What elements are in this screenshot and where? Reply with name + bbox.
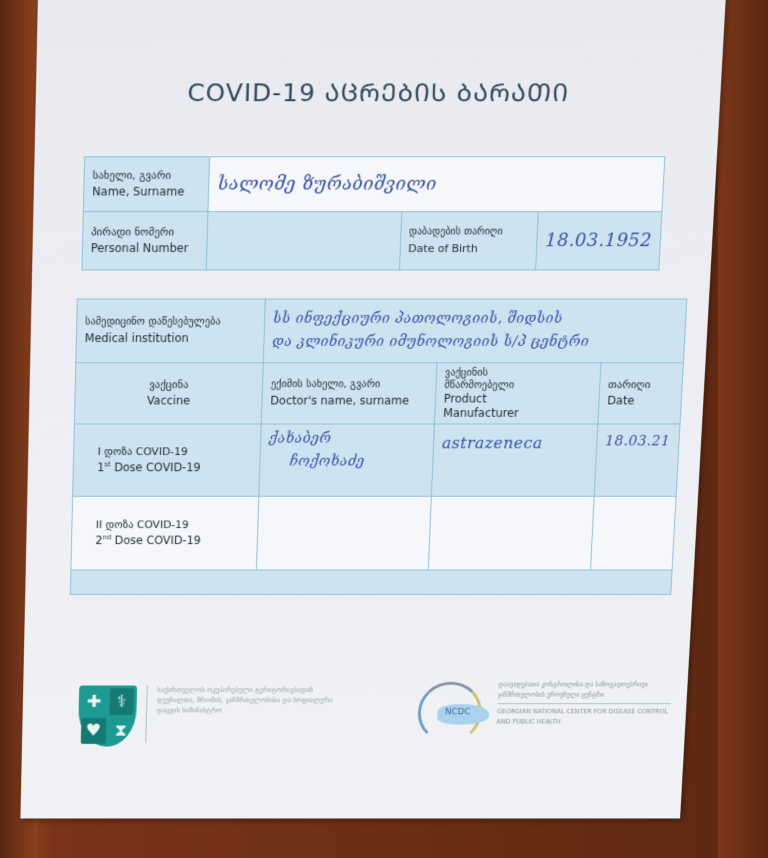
dose-2-label: II დოზა COVID-19 2nd Dose COVID-19 <box>71 496 259 570</box>
dose-1-doctor: ქახაბერ ჩოქოხაძე <box>259 424 435 496</box>
caduceus-icon: ⚕ <box>109 688 134 714</box>
personal-info-table: სახელი, გვარი Name, Surname სალომე ზურაბ… <box>81 156 665 270</box>
vaccination-card: COVID-19 ᲐᲪᲠᲔᲑᲘᲡ ᲑᲐᲠᲐᲗᲘ სახელი, გვარი Na… <box>20 0 726 818</box>
pn-label-en: Personal Number <box>91 240 199 257</box>
personal-number-label: პირადი ნომერი Personal Number <box>82 212 208 270</box>
dob-handwritten: 18.03.1952 <box>545 230 653 250</box>
col-doctor-ka: ექიმის სახელი, გვარი <box>271 377 428 393</box>
ncdc-name: დაავადებათა კონტროლისა და საზოგადოებრივი… <box>496 680 672 728</box>
institution-value: სს ინფექციური პათოლოგიის, შიდსის და კლინ… <box>263 299 687 363</box>
col-date-header: თარიღი Date <box>598 363 684 424</box>
dob-value: 18.03.1952 <box>536 212 662 270</box>
ncdc-logo: NCDC დაავადებათა კონტროლისა და საზოგადოე… <box>415 680 673 741</box>
heart-icon: ♥ <box>81 718 106 744</box>
institution-line-1: სს ინფექციური პათოლოგიის, შიდსის <box>273 308 678 331</box>
ministry-shield-icon: ✚ ⚕ ♥ ⧗ <box>78 686 137 747</box>
dose-2-label-ka: II დოზა COVID-19 <box>96 517 250 533</box>
col-vaccine-header: ვაქცინა Vaccine <box>74 363 263 424</box>
card-title: COVID-19 ᲐᲪᲠᲔᲑᲘᲡ ᲑᲐᲠᲐᲗᲘ <box>36 75 722 109</box>
ncdc-name-en: GEORGIAN NATIONAL CENTER FOR DISEASE CON… <box>496 707 671 727</box>
hourglass-icon: ⧗ <box>108 718 133 744</box>
ncdc-name-ka: დაავადებათა კონტროლისა და საზოგადოებრივი… <box>498 680 673 701</box>
dose-1-label-en: 1st Dose COVID-19 <box>97 460 252 477</box>
dose-row-2: II დოზა COVID-19 2nd Dose COVID-19 <box>71 496 676 570</box>
name-label-ka: სახელი, გვარი <box>92 167 201 184</box>
ministry-name: საქართველოს ოკუპირებული ტერიტორიებიდან დ… <box>157 686 341 717</box>
dose-1-label-ka: I დოზა COVID-19 <box>97 444 252 460</box>
ncdc-badge: NCDC <box>445 708 471 717</box>
name-handwritten: სალომე ზურაბიშვილი <box>217 173 437 194</box>
dob-label: დაბადების თარიღი Date of Birth <box>399 212 538 270</box>
col-manufacturer-ka: ვაქცინის მწარმოებელი <box>444 367 533 392</box>
dose-1-doctor-line-1: ქახაბერ <box>269 428 426 451</box>
dose-1-rest: Dose COVID-19 <box>110 461 200 474</box>
col-doctor-header: ექიმის სახელი, გვარი Doctor's name, surn… <box>261 363 437 424</box>
dob-label-en: Date of Birth <box>408 240 529 257</box>
ministry-logo: ✚ ⚕ ♥ ⧗ საქართველოს ოკუპირებული ტერიტორი… <box>78 686 341 747</box>
col-doctor-en: Doctor's name, surname <box>270 393 427 410</box>
vaccination-table: სამედიცინო დაწესებულება Medical institut… <box>70 299 688 595</box>
col-date-ka: თარიღი <box>608 377 675 393</box>
name-label-en: Name, Surname <box>92 184 201 201</box>
col-vaccine-ka: ვაქცინა <box>83 377 254 393</box>
personal-number-value <box>207 212 402 270</box>
table-footer-bar <box>70 570 672 594</box>
dose-2-doctor <box>256 496 431 570</box>
pn-label-ka: პირადი ნომერი <box>91 224 200 241</box>
dose-2-rest: Dose COVID-19 <box>111 534 201 547</box>
dose-2-manufacturer <box>428 496 594 570</box>
ncdc-emblem-icon: NCDC <box>415 680 493 741</box>
dose-row-1: I დოზა COVID-19 1st Dose COVID-19 ქახაბე… <box>73 424 680 496</box>
dose-1-doctor-line-2: ჩოქოხაძე <box>268 451 425 474</box>
dose-1-manufacturer: astrazeneca <box>431 424 597 496</box>
institution-label: სამედიცინო დაწესებულება Medical institut… <box>76 299 266 363</box>
institution-line-2: და კლინიკური იმუნოლოგიის ს/პ ცენტრი <box>272 331 677 354</box>
dose-2-label-en: 2nd Dose COVID-19 <box>95 533 249 550</box>
col-manufacturer-header: ვაქცინის მწარმოებელი Product Manufacture… <box>434 363 601 424</box>
name-label: სახელი, გვარი Name, Surname <box>83 157 210 212</box>
name-value: სალომე ზურაბიშვილი <box>208 157 665 212</box>
dose-2-date <box>590 496 676 570</box>
col-vaccine-en: Vaccine <box>83 393 254 410</box>
table-surface-right <box>718 0 768 858</box>
dob-label-ka: დაბადების თარიღი <box>409 225 530 240</box>
dose-1-date-value: 18.03.21 <box>605 434 671 449</box>
col-date-en: Date <box>607 393 674 410</box>
dose-1-label: I დოზა COVID-19 1st Dose COVID-19 <box>73 424 262 496</box>
cross-icon: ✚ <box>81 688 106 714</box>
logo-divider <box>145 686 148 743</box>
dose-1-date: 18.03.21 <box>594 424 680 496</box>
col-manufacturer-en: Product Manufacturer <box>443 392 532 420</box>
institution-label-ka: სამედიცინო დაწესებულება <box>85 314 257 330</box>
dose-1-manufacturer-value: astrazeneca <box>442 434 544 452</box>
institution-label-en: Medical institution <box>84 330 255 347</box>
